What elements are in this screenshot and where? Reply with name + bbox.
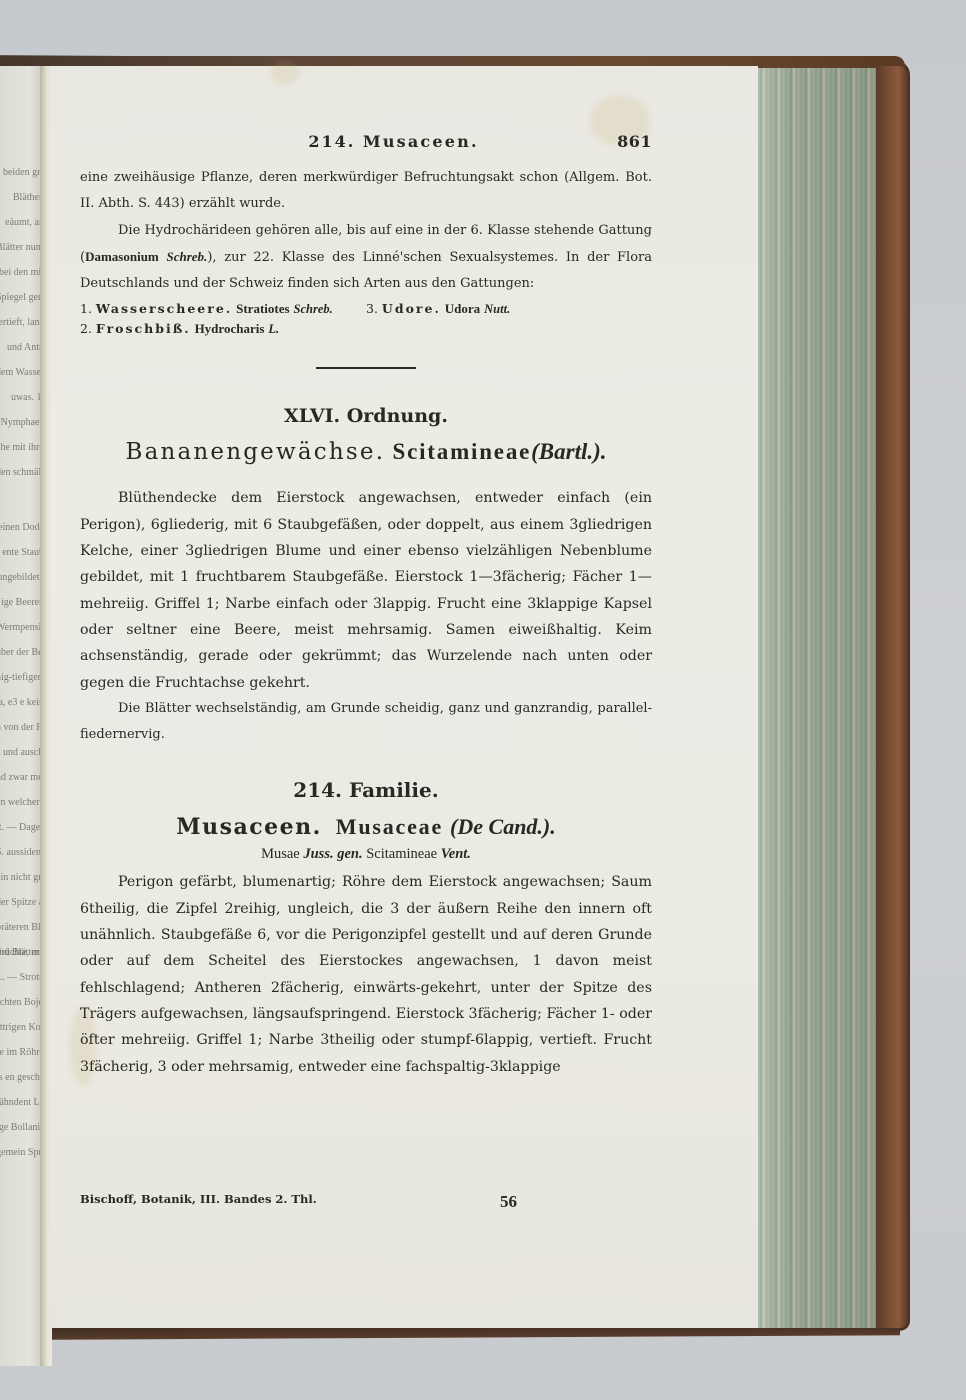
left-page-line: nd Blättern	[0, 946, 42, 959]
latin-genus: Damasonium	[85, 249, 159, 264]
synonym: Scitamineae	[366, 846, 437, 862]
left-page-line: n von der Fiden	[0, 721, 42, 734]
family-latin-name: Musaceae	[336, 814, 443, 839]
order-name: Bananengewächse. Scitamineae(Bartl.).	[80, 439, 652, 465]
family-description: Perigon gefärbt, blumenartig; Röhre dem …	[80, 869, 652, 1079]
page-footer: Bischoff, Botanik, III. Bandes 2. Thl. 5…	[80, 1192, 652, 1212]
left-page-line: den schmält	[0, 466, 42, 479]
left-page-line: ige Bollanie	[0, 1121, 42, 1134]
sheet-number: 56	[500, 1192, 517, 1212]
genera-list: 1. Wasserscheere. Stratiotes Schreb. 3. …	[80, 299, 652, 339]
left-page-line: L. — Strotu	[0, 971, 42, 984]
synonym: Musae	[261, 846, 300, 862]
left-page-line: dem Wasser	[0, 366, 42, 379]
family-german-name: Musaceen.	[176, 814, 322, 840]
left-page-line: Spiegel gem	[0, 291, 42, 304]
order-latin-name: Scitamineae	[393, 439, 532, 464]
fore-edge-shading	[756, 68, 878, 1328]
genus-item: 2. Froschbiß. Hydrocharis L.	[80, 319, 370, 339]
order-leaf-description: Die Blätter wechselständig, am Grunde sc…	[80, 696, 652, 749]
order-roman-numeral: XLVI.	[284, 405, 340, 427]
genus-item: 1. Wasserscheere. Stratiotes Schreb.	[80, 299, 366, 319]
left-page-line: Bläthen	[0, 191, 42, 204]
family-synonyms: Musae Juss. gen. Scitamineae Vent.	[80, 846, 652, 863]
left-page-line: ein nicht größer	[0, 871, 42, 884]
paper-stain	[270, 62, 300, 84]
left-page-line: (Nymphaea	[0, 416, 42, 429]
left-page-line: und Antn	[0, 341, 42, 354]
text-block: 214. Musaceen. 861 eine zweihäusige Pfla…	[80, 132, 652, 1080]
left-page-line: S. aussidens L	[0, 846, 42, 859]
left-page-line: is en geschläuc	[0, 1071, 42, 1084]
hydrocharideae-paragraph: Die Hydrochärideen gehören alle, bis auf…	[80, 218, 652, 298]
left-page-line: e beiden gro	[0, 166, 42, 179]
family-author: (De Cand.).	[450, 814, 556, 839]
genus-item: 3. Udore. Udora Nutt.	[366, 299, 652, 319]
left-page-line: fähndent Lon	[0, 1096, 42, 1109]
left-page-line: nd zwar mehr n	[0, 771, 42, 784]
left-page-line: en welcher jed	[0, 796, 42, 809]
left-page-line: bei den mit	[0, 266, 42, 279]
left-page-line: ungebildete	[0, 571, 42, 584]
order-word: Ordnung.	[347, 405, 448, 427]
left-page-line: über der Beise	[0, 646, 42, 659]
left-page-line: ente Staub	[0, 546, 42, 559]
printer-signature: Bischoff, Botanik, III. Bandes 2. Thl.	[80, 1192, 500, 1212]
left-page-line: a, e3 e kein	[0, 696, 42, 709]
left-page-line: eäumt, an	[0, 216, 42, 229]
left-page-line: ertieft, lanz	[0, 316, 42, 329]
section-title: Musaceen.	[363, 132, 479, 151]
order-heading: XLVI. Ordnung.	[80, 405, 652, 427]
cover-spine-edge	[876, 66, 908, 1328]
synonym-author: Vent.	[441, 846, 471, 862]
left-page-line: ie im Röhre	[0, 1046, 42, 1059]
right-page: 214. Musaceen. 861 eine zweihäusige Pfla…	[50, 66, 758, 1328]
order-german-name: Bananengewächse.	[125, 439, 385, 465]
left-page-line: ige Beeren	[0, 596, 42, 609]
left-page-line: ttrigen Kor	[0, 1021, 42, 1034]
left-page-line: schten Bojenheil	[0, 996, 42, 1009]
left-page-line: e und auschl	[0, 746, 42, 759]
order-description: Blüthendecke dem Eierstock angewachsen, …	[80, 485, 652, 695]
synonym-author: Juss. gen.	[303, 846, 362, 862]
left-page-line: Blätter nung	[0, 241, 42, 254]
left-page-line: bräteren Blüthe	[0, 921, 42, 934]
left-page-line: uwas. 1.	[0, 391, 42, 404]
left-page-line: gemein Spring.	[0, 1146, 42, 1159]
order-author: (Bartl.).	[531, 439, 606, 464]
family-name: Musaceen. Musaceae (De Cand.).	[80, 814, 652, 840]
left-page-line: che mit ihren	[0, 441, 42, 454]
left-page-line: it. — Dagen	[0, 821, 42, 834]
left-page-line: der Spitze an	[0, 896, 42, 909]
left-page-line: nig-tiefigen, zu	[0, 671, 42, 684]
author-citation: Schreb.	[167, 249, 208, 264]
left-page-line: einen Dode	[0, 521, 42, 534]
running-head-title: 214. Musaceen.	[80, 132, 617, 151]
section-number: 214.	[308, 132, 355, 151]
family-number: 214.	[293, 778, 342, 802]
section-divider	[316, 367, 416, 369]
family-word: Familie.	[349, 778, 439, 802]
page-number: 861	[617, 132, 652, 151]
left-page-fragment: e beiden groBlätheneäumt, anBlätter nung…	[0, 66, 42, 1366]
left-page-line: Wermpensien mit	[0, 621, 42, 634]
intro-continuation: eine zweihäusige Pflanze, deren merkwürd…	[80, 165, 652, 218]
running-head: 214. Musaceen. 861	[80, 132, 652, 151]
family-heading: 214. Familie.	[80, 778, 652, 802]
